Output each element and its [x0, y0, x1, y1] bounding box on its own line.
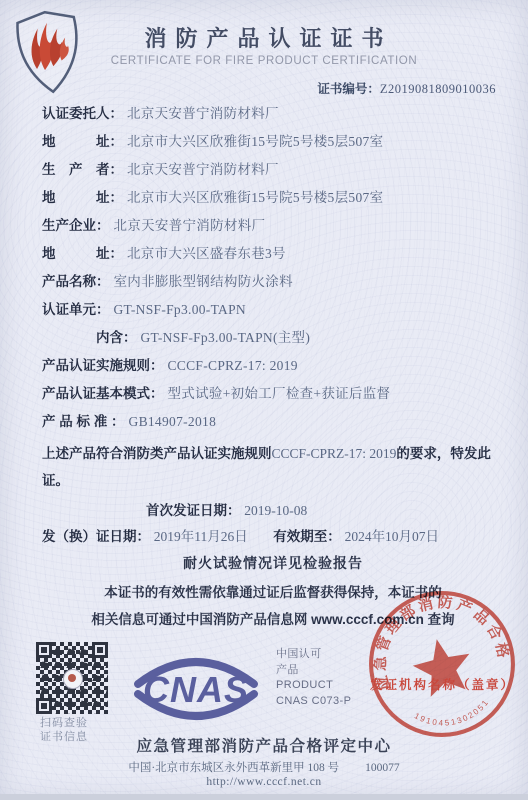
- first-issue-date-label: 首次发证日期：: [146, 503, 241, 518]
- field-value: 北京天安普宁消防材料厂: [127, 104, 279, 124]
- official-seal: 应急管理部消防产品合格评定中心 1910451302051: [352, 574, 528, 754]
- seal-serial: 1910451302051: [411, 696, 494, 735]
- field-row-applicant-address: 地 址： 北京市大兴区欣雅街15号院5号楼5层507室: [42, 132, 502, 152]
- org-postcode: 100077: [365, 762, 400, 774]
- field-row-product-standard: 产 品 标 准 ： GB14907-2018: [42, 412, 502, 432]
- field-label: 产品认证实施规则：: [42, 356, 164, 376]
- certificate-number-value: Z2019081809010036: [380, 82, 496, 96]
- conformity-statement: 上述产品符合消防类产品认证实施规则CCCF-CPRZ-17: 2019的要求，特…: [42, 440, 504, 494]
- field-value: GB14907-2018: [129, 412, 217, 432]
- field-row-manufacturer-address: 地 址： 北京市大兴区盛春东巷3号: [42, 244, 502, 264]
- accreditation-block: 中国认可 产品 PRODUCT CNAS C073-P: [276, 647, 351, 709]
- field-label: 产品名称：: [42, 272, 110, 292]
- field-value: 北京市大兴区欣雅街15号院5号楼5层507室: [127, 188, 383, 208]
- accreditation-line-cn1: 中国认可: [276, 647, 351, 663]
- certificate-number-line: 证书编号：Z2019081809010036: [317, 79, 496, 97]
- qr-code: [36, 642, 108, 714]
- field-value: GT-NSF-Fp3.00-TAPN(主型): [141, 328, 311, 348]
- field-row-certification-unit: 认证单元： GT-NSF-Fp3.00-TAPN: [42, 300, 502, 320]
- issue-and-expiry-line: 发（换）证日期： 2019年11月26日 有效期至： 2024年10月07日: [42, 524, 502, 550]
- certificate-subtitle-en: CERTIFICATE FOR FIRE PRODUCT CERTIFICATI…: [0, 55, 528, 67]
- field-label: 地 址：: [42, 188, 123, 208]
- org-address-text: 中国·北京市东城区永外西革新里甲 108 号: [128, 762, 339, 774]
- certificate-number-label: 证书编号：: [317, 82, 380, 96]
- cnas-logo-text: CNAS: [143, 669, 249, 710]
- field-label: 生 产 者：: [42, 160, 123, 180]
- field-row-producer-address: 地 址： 北京市大兴区欣雅街15号院5号楼5层507室: [42, 188, 502, 208]
- statement-rule-code: CCCF-CPRZ-17: 2019: [272, 446, 397, 461]
- field-value: CCCF-CPRZ-17: 2019: [168, 356, 298, 376]
- cnas-logo: CNAS: [130, 650, 262, 726]
- expiry-date-label: 有效期至：: [273, 529, 341, 544]
- expiry-date-value: 2024年10月07日: [345, 529, 440, 544]
- field-value: 北京天安普宁消防材料厂: [127, 160, 279, 180]
- accreditation-line-en: PRODUCT: [276, 678, 351, 694]
- issuing-org-address: 中国·北京市东城区永外西革新里甲 108 号100077: [0, 759, 528, 775]
- certificate-body: 认证委托人： 北京天安普宁消防材料厂 地 址： 北京市大兴区欣雅街15号院5号楼…: [42, 104, 502, 633]
- qr-center-logo-icon: [63, 669, 83, 689]
- field-label: 产 品 标 准 ：: [42, 412, 125, 432]
- first-issue-date-line: 首次发证日期： 2019-10-08: [146, 498, 502, 524]
- field-row-included-model: 内含： GT-NSF-Fp3.00-TAPN(主型): [96, 328, 502, 348]
- first-issue-date-value: 2019-10-08: [244, 503, 307, 518]
- seal-overlay-label: 发证机构名称（盖章）: [370, 675, 528, 693]
- field-row-certification-mode: 产品认证基本模式： 型式试验+初始工厂检查+获证后监督: [42, 384, 502, 404]
- field-label: 产品认证基本模式：: [42, 384, 164, 404]
- field-value: GT-NSF-Fp3.00-TAPN: [114, 300, 246, 320]
- field-row-producer: 生 产 者： 北京天安普宁消防材料厂: [42, 160, 502, 180]
- field-row-product-name: 产品名称： 室内非膨胀型钢结构防火涂料: [42, 272, 502, 292]
- seal-serial-textpath: 1910451302051: [411, 696, 494, 735]
- certificate-page: 消防产品认证证书 CERTIFICATE FOR FIRE PRODUCT CE…: [0, 0, 528, 800]
- field-row-manufacturer: 生产企业： 北京天安普宁消防材料厂: [42, 216, 502, 236]
- field-row-applicant: 认证委托人： 北京天安普宁消防材料厂: [42, 104, 502, 124]
- field-value: 北京市大兴区欣雅街15号院5号楼5层507室: [127, 132, 383, 152]
- accreditation-line-cn2: 产品: [276, 663, 351, 679]
- scan-edge-strip: [0, 794, 528, 800]
- field-value: 室内非膨胀型钢结构防火涂料: [114, 272, 293, 292]
- field-row-implementation-rule: 产品认证实施规则： CCCF-CPRZ-17: 2019: [42, 356, 502, 376]
- qr-finder-icon: [36, 642, 52, 658]
- issuing-org-website: http://www.cccf.net.cn: [0, 776, 528, 788]
- issue-date-value: 2019年11月26日: [154, 529, 248, 544]
- issue-date-label: 发（换）证日期：: [42, 529, 150, 544]
- field-label: 生产企业：: [42, 216, 110, 236]
- qr-finder-icon: [92, 642, 108, 658]
- field-label: 地 址：: [42, 244, 123, 264]
- certificate-title: 消防产品认证证书: [0, 22, 528, 53]
- field-label: 认证单元：: [42, 300, 110, 320]
- statement-part1: 上述产品符合消防类产品认证实施规则: [42, 446, 272, 461]
- field-value: 北京天安普宁消防材料厂: [114, 216, 266, 236]
- issuing-org-name: 应急管理部消防产品合格评定中心: [0, 734, 528, 756]
- qr-caption-line1: 扫码查验: [40, 717, 88, 731]
- accreditation-code: CNAS C073-P: [276, 694, 351, 710]
- field-label: 地 址：: [42, 132, 123, 152]
- qr-finder-icon: [36, 698, 52, 714]
- field-value: 北京市大兴区盛春东巷3号: [127, 244, 286, 264]
- field-label: 内含：: [96, 328, 137, 348]
- fire-test-note: 耐火试验情况详见检验报告: [42, 550, 504, 576]
- field-value: 型式试验+初始工厂检查+获证后监督: [168, 384, 391, 404]
- field-label: 认证委托人：: [42, 104, 123, 124]
